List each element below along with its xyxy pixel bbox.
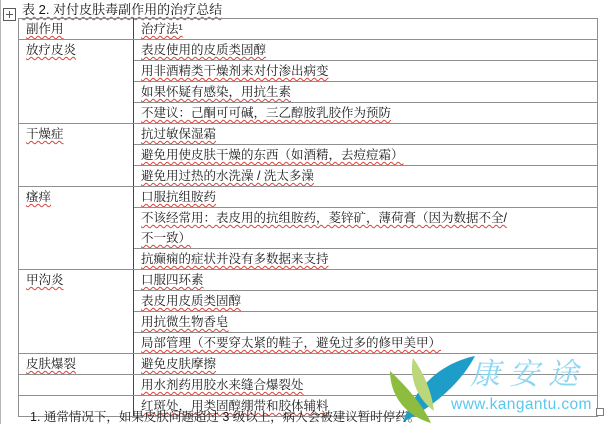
- table-row: 用水剂药用胶水来缝合爆裂处: [19, 375, 598, 396]
- side-effect-cell: 瘙痒: [19, 187, 134, 270]
- treatment-cell: 用非酒精类干燥剂来对付渗出病变: [134, 61, 598, 82]
- treatment-cell: 避免用使皮肤干燥的东西（如酒精，去痘痘霜）: [134, 145, 598, 166]
- side-effect-cell: 皮肤爆裂: [19, 354, 134, 375]
- treatment-cell: 表皮使用的皮质类固醇: [134, 40, 598, 61]
- treatment-cell: 表皮用皮质类固醇: [134, 291, 598, 312]
- treatment-cell: 用水剂药用胶水来缝合爆裂处: [134, 375, 598, 396]
- treatment-cell: 用抗微生物香皂: [134, 312, 598, 333]
- treatment-cell: 局部管理（不要穿太紧的鞋子，避免过多的修甲美甲）: [134, 333, 598, 354]
- treatment-header-cell: 治疗法¹: [134, 19, 598, 40]
- table-row: 皮肤爆裂 避免皮肤摩擦: [19, 354, 598, 375]
- table-caption-text: 表 2. 对付皮肤毒副作用的治疗总结: [22, 2, 222, 17]
- treatment-cell: 避免皮肤摩擦: [134, 354, 598, 375]
- treatment-table: 副作用 治疗法¹ 放疗皮炎 表皮使用的皮质类固醇 用非酒精类干燥剂来对付渗出病变…: [18, 18, 598, 417]
- side-effect-header-cell: 副作用: [19, 19, 134, 40]
- table-row: 干燥症 抗过敏保湿霜: [19, 124, 598, 145]
- treatment-cell: 抗过敏保湿霜: [134, 124, 598, 145]
- empty-label-cell: [19, 375, 134, 396]
- table-move-handle-icon[interactable]: [3, 8, 16, 21]
- plus-in-square-icon: [3, 8, 16, 21]
- treatment-cell: 不建议：己酮可可碱，三乙醇胺乳胶作为预防: [134, 103, 598, 124]
- treatment-cell: 口服四环素: [134, 270, 598, 291]
- treatment-cell: 如果怀疑有感染，用抗生素: [134, 82, 598, 103]
- table-row: 甲沟炎 口服四环素: [19, 270, 598, 291]
- side-effect-cell: 放疗皮炎: [19, 40, 134, 124]
- footnote: 1. 通常情况下，如果皮肤问题超过 3 级以上，病人会被建议暂时停药。: [30, 410, 600, 424]
- treatment-cell: 避免用过热的水洗澡 / 洗太多澡: [134, 166, 598, 187]
- table-row: 放疗皮炎 表皮使用的皮质类固醇: [19, 40, 598, 61]
- side-effect-cell: 干燥症: [19, 124, 134, 187]
- treatment-cell: 口服抗组胺药: [134, 187, 598, 208]
- page-edge-line: [0, 0, 1, 424]
- treatment-cell: 抗癫痫的症状并没有多数据来支持: [134, 249, 598, 270]
- side-effect-cell: 甲沟炎: [19, 270, 134, 354]
- table-caption: 表 2. 对付皮肤毒副作用的治疗总结: [22, 2, 222, 18]
- table-header-row: 副作用 治疗法¹: [19, 19, 598, 40]
- table-row: 瘙痒 口服抗组胺药: [19, 187, 598, 208]
- treatment-cell: 不该经常用：表皮用的抗组胺药，菱锌矿，薄荷膏（因为数据不全/ 不一致）: [134, 208, 598, 249]
